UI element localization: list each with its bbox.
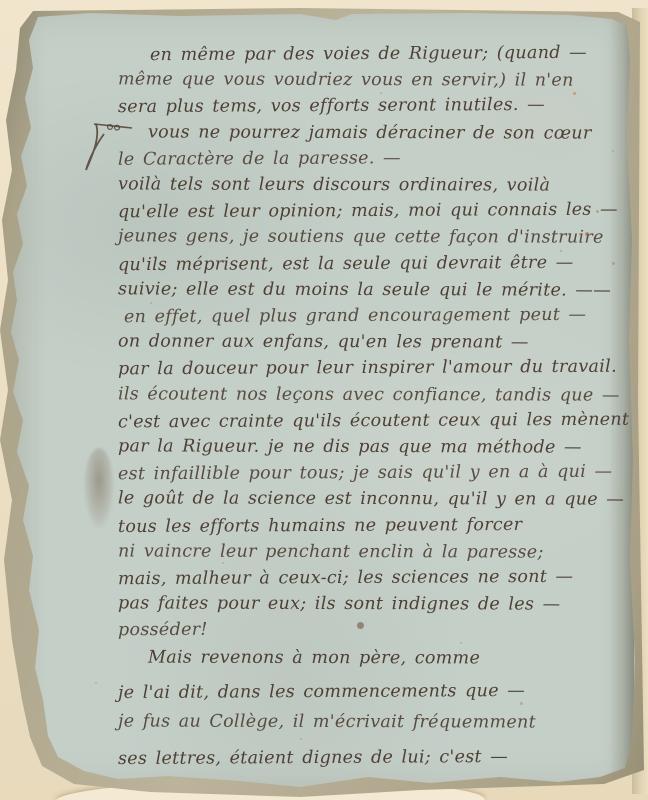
- manuscript-line: ils écoutent nos leçons avec confiance, …: [118, 384, 620, 405]
- manuscript-text: en même par des voies de Rigueur; (quand…: [108, 38, 628, 786]
- foxing-speck: [420, 182, 422, 184]
- foxing-speck: [520, 702, 523, 705]
- manuscript-line: qu'elle est leur opinion; mais, moi qui …: [118, 200, 618, 223]
- scanned-manuscript: en même par des voies de Rigueur; (quand…: [0, 0, 648, 800]
- manuscript-line: tous les efforts humains ne peuvent forc…: [118, 515, 522, 537]
- manuscript-line: qu'ils méprisent, est la seule qui devra…: [118, 252, 574, 274]
- foxing-speck: [560, 250, 562, 252]
- manuscript-line: est infaillible pour tous; je sais qu'il…: [118, 462, 612, 485]
- foxing-speck: [222, 562, 224, 564]
- manuscript-line: en effet, quel plus grand encouragement …: [124, 305, 586, 327]
- manuscript-line: voilà tels sont leurs discours ordinaire…: [118, 174, 550, 195]
- manuscript-line: vous ne pourrez jamais déraciner de son …: [148, 122, 592, 143]
- manuscript-line: suivie; elle est du moins la seule qui l…: [118, 279, 611, 300]
- manuscript-line: je fus au Collège, il m'écrivait fréquem…: [118, 711, 536, 732]
- foxing-speck: [503, 422, 505, 424]
- foxing-speck: [596, 210, 599, 213]
- foxing-speck: [300, 738, 302, 740]
- foxing-speck: [612, 150, 614, 152]
- foxing-speck: [380, 92, 382, 94]
- manuscript-line: par la douceur pour leur inspirer l'amou…: [118, 357, 617, 380]
- manuscript-line: ses lettres, étaient dignes de lui; c'es…: [118, 747, 508, 769]
- manuscript-line: même que vous voudriez vous en servir,) …: [118, 70, 574, 91]
- foxing-speck: [150, 302, 152, 304]
- manuscript-line: le Caractère de la paresse. —: [118, 148, 401, 169]
- manuscript-line: c'est avec crainte qu'ils écoutent ceux …: [118, 409, 629, 432]
- foxing-speck: [585, 232, 589, 236]
- manuscript-line: ni vaincre leur penchant enclin à la par…: [118, 541, 544, 562]
- manuscript-page: en même par des voies de Rigueur; (quand…: [0, 0, 648, 800]
- manuscript-line: je l'ai dit, dans les commencements que …: [118, 681, 525, 703]
- manuscript-line: on donner aux enfans, qu'en les prenant …: [118, 332, 529, 353]
- manuscript-line: Mais revenons à mon père, comme: [148, 648, 480, 669]
- manuscript-line: par la Rigueur. je ne dis pas que ma mét…: [118, 436, 582, 457]
- foxing-speck: [612, 262, 615, 265]
- manuscript-line: sera plus tems, vos efforts seront inuti…: [118, 95, 545, 117]
- foxing-speck: [95, 682, 97, 684]
- foxing-speck: [460, 642, 462, 644]
- manuscript-line: pas faites pour eux; ils sont indignes d…: [118, 594, 560, 615]
- foxing-speck: [357, 622, 364, 629]
- manuscript-line: posséder!: [118, 620, 208, 640]
- manuscript-line: en même par des voies de Rigueur; (quand…: [150, 43, 587, 65]
- manuscript-line: mais, malheur à ceux-ci; les sciences ne…: [118, 567, 573, 589]
- manuscript-line: le goût de la science est inconnu, qu'il…: [118, 489, 624, 510]
- foxing-speck: [573, 92, 576, 95]
- manuscript-line: jeunes gens, je soutiens que cette façon…: [118, 227, 604, 248]
